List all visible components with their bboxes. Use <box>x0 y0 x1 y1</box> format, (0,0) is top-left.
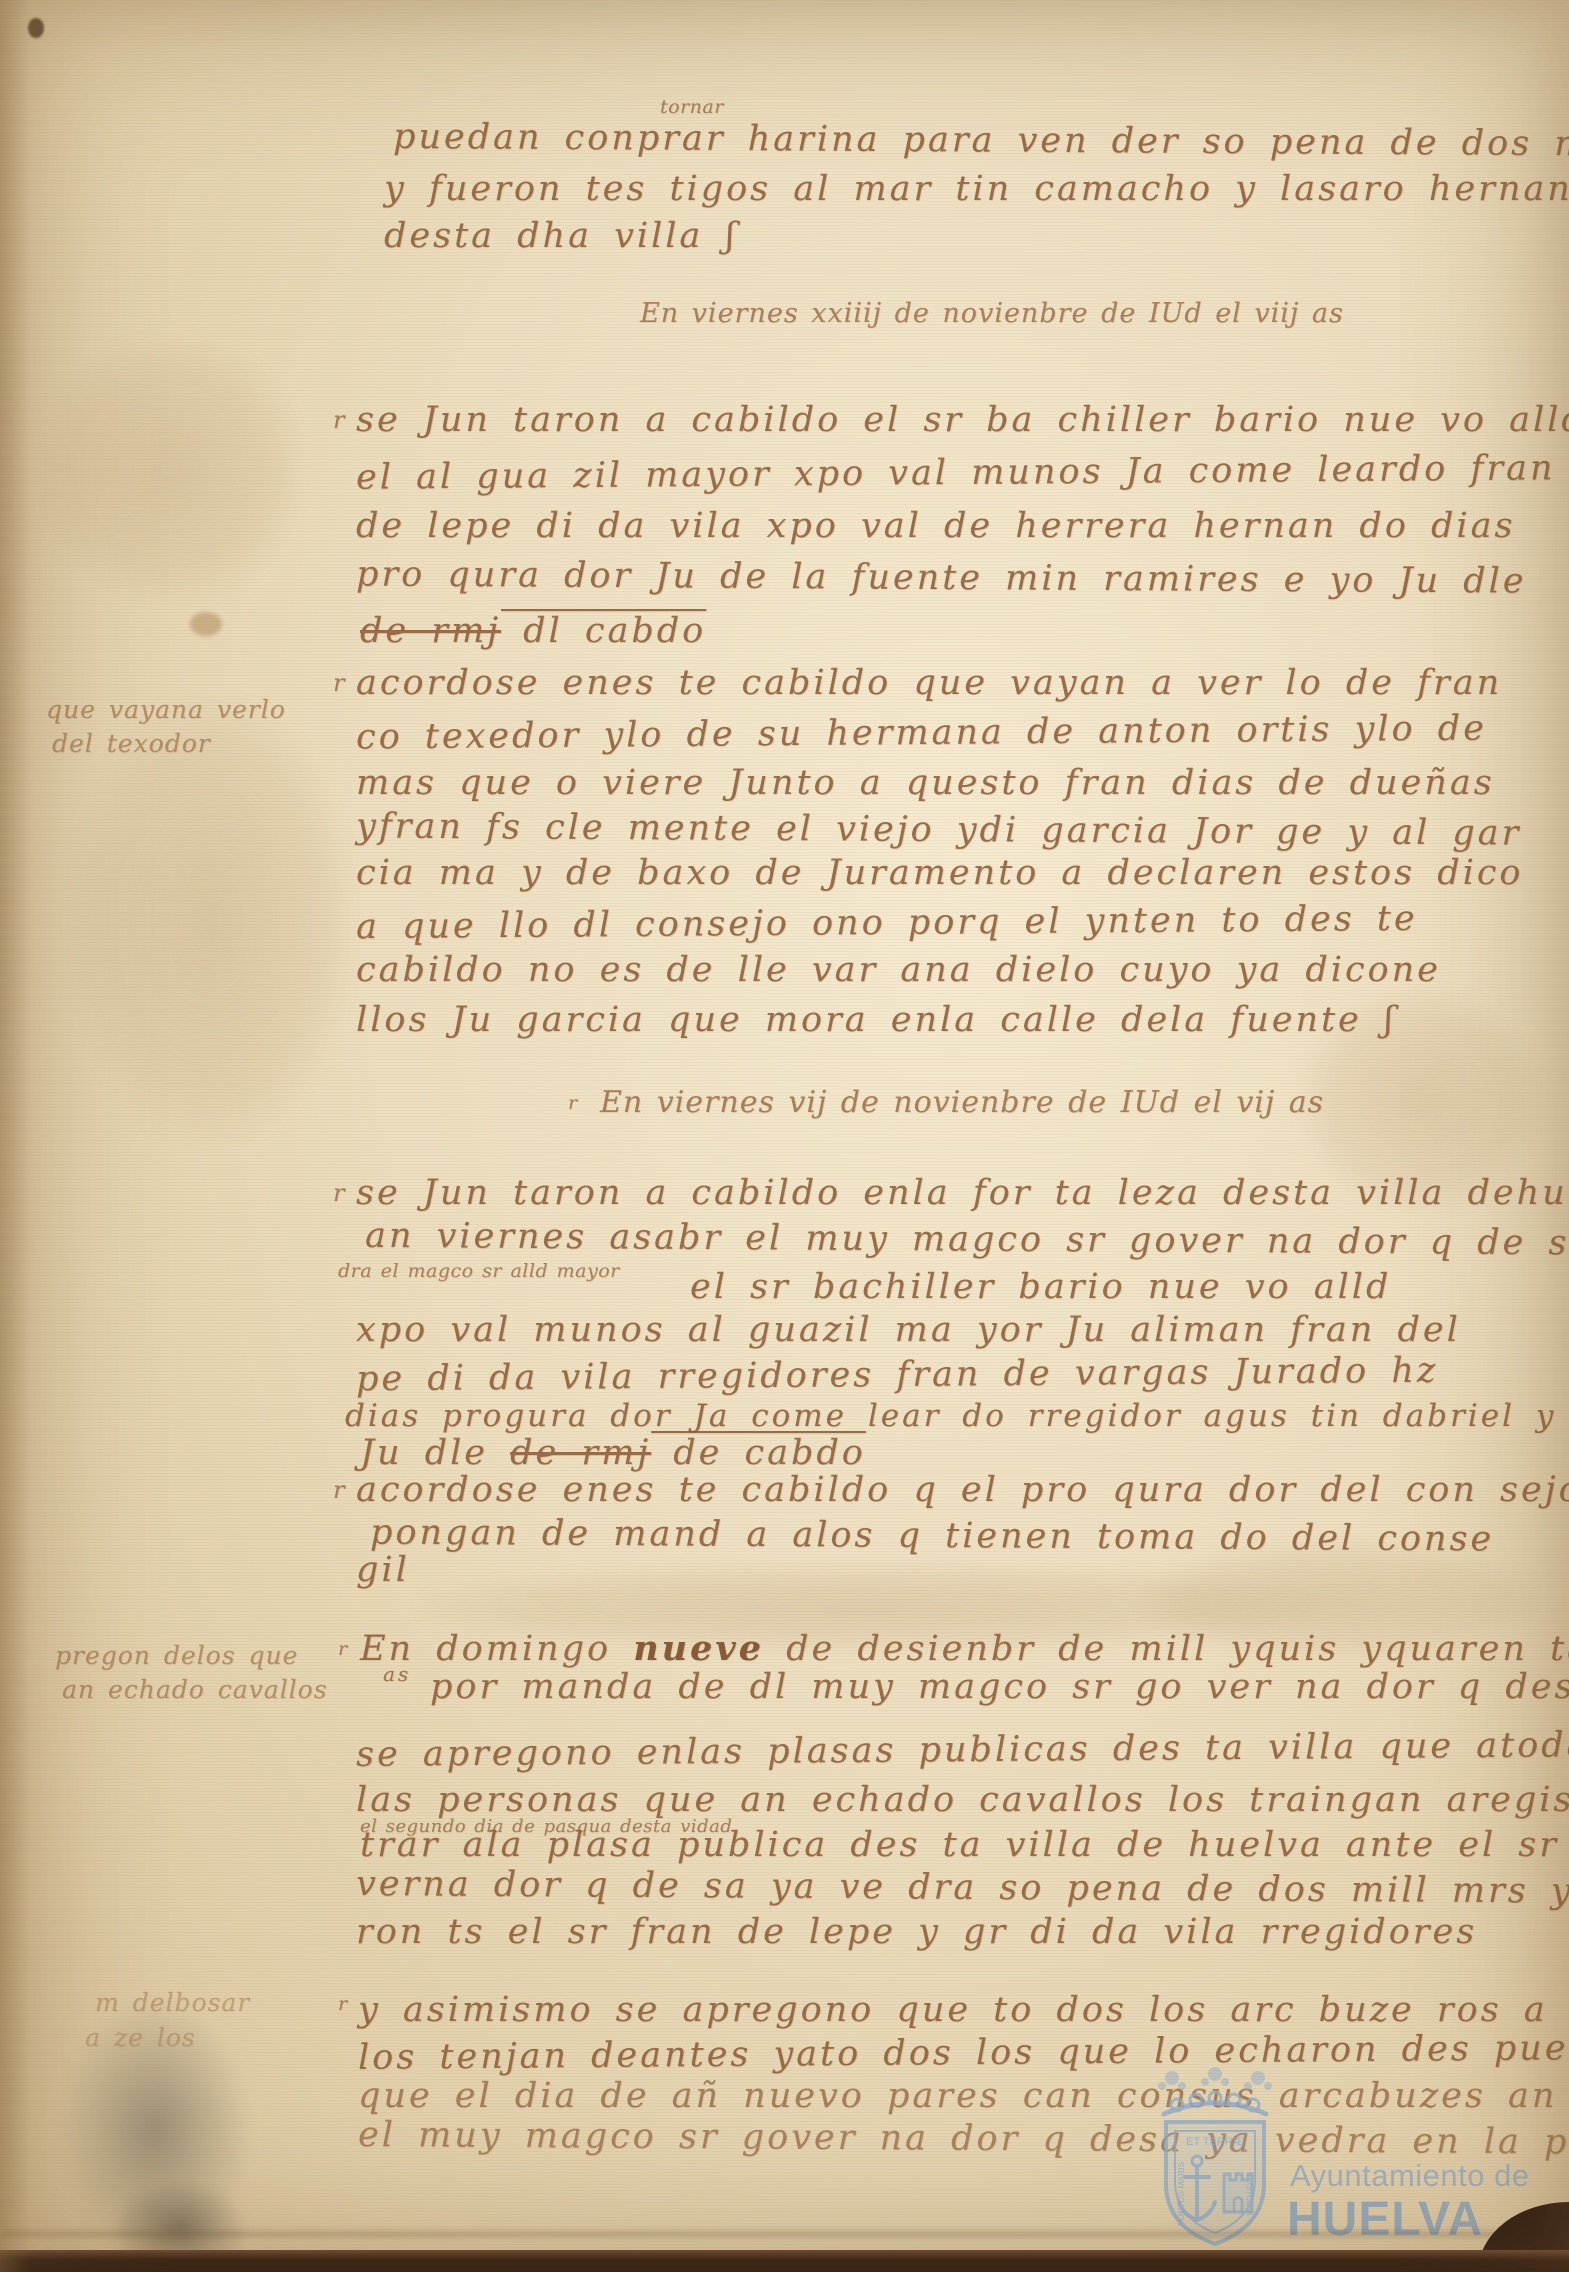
manuscript-line: cabildo no es de lle var ana dielo cuyo … <box>356 953 1441 988</box>
shield-banner-text: ET TERRÆ <box>1186 2136 1244 2148</box>
shield-left-text: PORTUS MARIS <box>1176 2161 1186 2226</box>
manuscript-line: se apregono enlas plasas publicas des ta… <box>356 1728 1569 1773</box>
shield-right-text: CUSTODIA <box>1245 2172 1255 2216</box>
manuscript-line: mas que o viere Junto a questo fran dias… <box>356 766 1495 801</box>
page-edge-shadow <box>0 2250 1569 2272</box>
show-through-stain <box>70 700 350 1140</box>
manuscript-line: gil <box>356 1553 410 1588</box>
manuscript-line: de lepe di da vila xpo val de herrera he… <box>356 509 1515 544</box>
manuscript-line: En domingo nueve de desienbr de mill yqu… <box>360 1631 1569 1667</box>
abbreviated-text: de cabdo <box>651 1433 866 1473</box>
manuscript-line: verna dor q de sa ya ve dra so pena de d… <box>356 1867 1569 1910</box>
margin-note-line: pregon delos que <box>55 1643 298 1668</box>
manuscript-line: de rmj dl cabdo <box>360 614 706 649</box>
manuscript-line: puedan conprar harina para ven der so pe… <box>393 120 1569 163</box>
manuscript-line: cia ma y de baxo de Juramento a declaren… <box>356 856 1524 891</box>
margin-note-line: an echado cavallos <box>62 1677 328 1702</box>
margin-note-line: del texodor <box>52 731 211 756</box>
page-crease <box>0 2228 1569 2238</box>
margin-note-line: que vayana verlo <box>46 697 286 722</box>
page-left-edge-shade <box>0 0 30 2272</box>
manuscript-line: se Jun taron a cabildo el sr ba chiller … <box>356 403 1569 438</box>
manuscript-line: pongan de mand a alos q tienen toma do d… <box>370 1516 1494 1558</box>
manuscript-line: pro qura dor Ju de la fuente min ramires… <box>356 557 1527 599</box>
ink-speck <box>28 18 44 38</box>
manuscript-line: a que llo dl consejo ono porq el ynten t… <box>356 902 1418 945</box>
interlinear-note: dra el magco sr alld mayor <box>338 1262 620 1281</box>
paragraph-mark: r <box>333 1478 347 1502</box>
superscript-note: as <box>383 1664 411 1684</box>
manuscript-line: dias progura dor Ja come lear do rregido… <box>345 1401 1556 1432</box>
paragraph-mark: r <box>333 408 347 432</box>
watermark-org-name: Ayuntamiento de <box>1290 2158 1530 2194</box>
margin-note-line: a ze los <box>85 2025 196 2050</box>
paragraph-mark: r <box>333 671 347 695</box>
manuscript-line: llos Ju garcia que mora enla calle dela … <box>356 1003 1396 1038</box>
paragraph-mark: r <box>338 1640 350 1659</box>
struck-text: de rmj <box>510 1433 651 1473</box>
manuscript-line: desta dha villa ʃ <box>384 219 738 254</box>
abbreviated-text: dl cabdo <box>501 611 706 651</box>
paper-stain <box>190 612 222 636</box>
manuscript-line: por manda de dl muy magco sr go ver na d… <box>430 1670 1569 1705</box>
paragraph-mark: r <box>333 1181 347 1205</box>
manuscript-line: Ju dle de rmj de cabdo <box>360 1436 866 1471</box>
manuscript-line: pe di da vila rregidores fran de vargas … <box>356 1354 1438 1397</box>
interlinear-note: tornar <box>660 98 724 117</box>
manuscript-line: las personas que an echado cavallos los … <box>356 1783 1569 1818</box>
show-through-stain <box>40 340 300 600</box>
margin-note-line: m delbosar <box>95 1990 250 2015</box>
manuscript-page: tornar puedan conprar harina para ven de… <box>0 0 1569 2272</box>
paragraph-mark: r <box>338 1995 350 2014</box>
date-heading: En viernes xxiiij de novienbre de IUd el… <box>640 300 1344 327</box>
manuscript-line: se Jun taron a cabildo enla for ta leza … <box>356 1176 1569 1211</box>
manuscript-line: an viernes asabr el muy magco sr gover n… <box>365 1219 1569 1262</box>
manuscript-line: co texedor ylo de su hermana de anton or… <box>356 712 1487 756</box>
manuscript-line: xpo val munos al guazil ma yor Ju aliman… <box>356 1313 1461 1348</box>
manuscript-line: ron ts el sr fran de lepe y gr di da vil… <box>356 1915 1477 1950</box>
manuscript-line: acordose enes te cabildo q el pro qura d… <box>356 1473 1569 1508</box>
manuscript-line: el sr bachiller bario nue vo alld <box>690 1270 1391 1305</box>
manuscript-line: trar ala plasa publica des ta villa de h… <box>360 1828 1569 1863</box>
emphasized-word: nueve <box>633 1628 764 1669</box>
watermark-city-name: HUELVA <box>1287 2192 1483 2247</box>
signature-text: Ju dle <box>360 1433 510 1473</box>
manuscript-line: y asimismo se apregono que to dos los ar… <box>358 1993 1569 2028</box>
manuscript-line: el al gua zil mayor xpo val munos Ja com… <box>356 451 1556 495</box>
struck-text: de rmj <box>360 611 501 651</box>
date-heading: En viernes vij de novienbre de IUd el vi… <box>600 1088 1324 1118</box>
manuscript-line: yfran fs cle mente el viejo ydi garcia J… <box>356 809 1522 851</box>
manuscript-line: acordose enes te cabildo que vayan a ver… <box>356 666 1502 701</box>
manuscript-line: y fueron tes tigos al mar tin camacho y … <box>384 172 1569 207</box>
paragraph-mark: r <box>568 1094 580 1113</box>
line-text: de desienbr de mill yquis yquaren ta yoc… <box>764 1629 1569 1669</box>
